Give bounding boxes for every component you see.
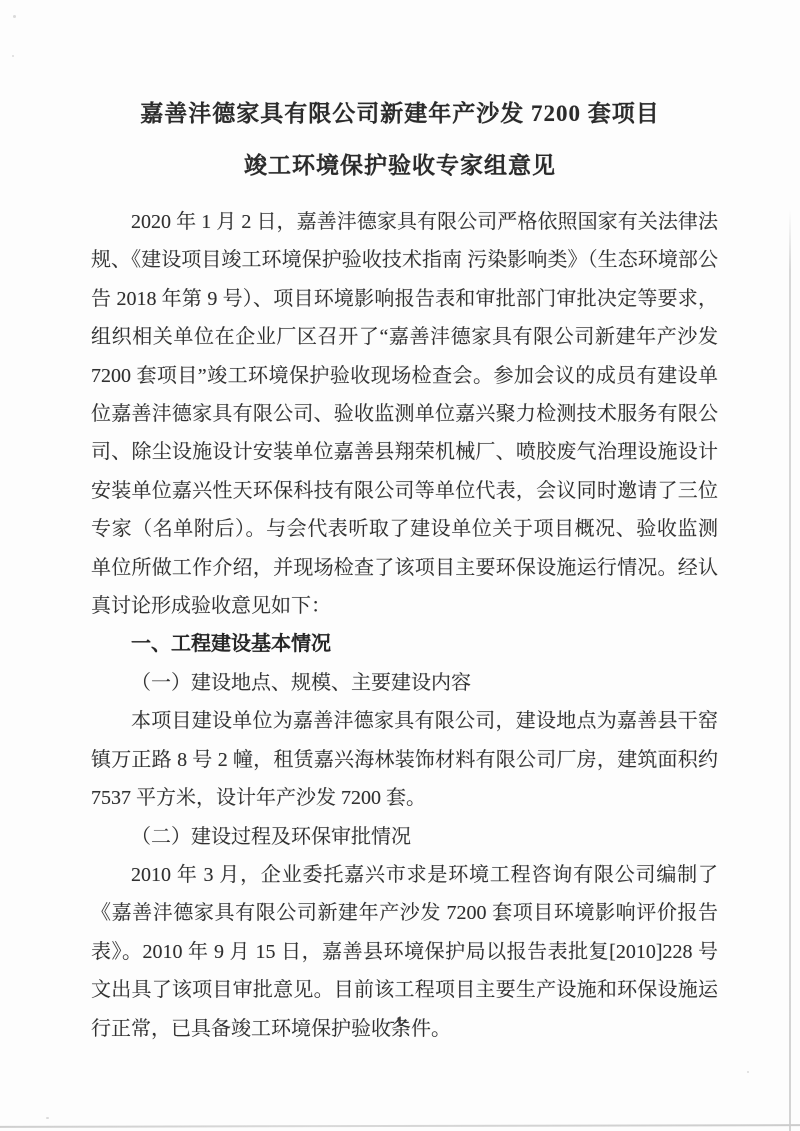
document-page: 嘉善沣德家具有限公司新建年产沙发 7200 套项目 竣工环境保护验收专家组意见 … — [0, 0, 800, 1131]
document-title-line-2: 竣工环境保护验收专家组意见 — [0, 140, 800, 192]
document-body: 2020 年 1 月 2 日，嘉善沣德家具有限公司严格依照国家有关法律法规、《建… — [91, 203, 718, 1048]
scan-edge-right-shadow — [789, 210, 791, 1131]
document-title-line-1: 嘉善沣德家具有限公司新建年产沙发 7200 套项目 — [0, 88, 800, 140]
body-paragraph: 2020 年 1 月 2 日，嘉善沣德家具有限公司严格依照国家有关法律法规、《建… — [91, 203, 718, 625]
subsection-heading: （二）建设过程及环保审批情况 — [91, 818, 718, 856]
scan-speck — [12, 55, 14, 57]
scan-speck — [46, 1117, 49, 1119]
section-heading: 一、工程建设基本情况 — [91, 625, 718, 663]
body-paragraph: 本项目建设单位为嘉善沣德家具有限公司，建设地点为嘉善县干窑镇万正路 8 号 2 … — [91, 702, 718, 817]
scan-speck — [13, 15, 16, 18]
scan-speck — [747, 1071, 749, 1073]
document-title: 嘉善沣德家具有限公司新建年产沙发 7200 套项目 竣工环境保护验收专家组意见 — [0, 88, 800, 192]
scan-edge-bottom-shadow — [0, 1124, 800, 1128]
page-number: -1- — [0, 1014, 800, 1031]
subsection-heading: （一）建设地点、规模、主要建设内容 — [91, 664, 718, 702]
